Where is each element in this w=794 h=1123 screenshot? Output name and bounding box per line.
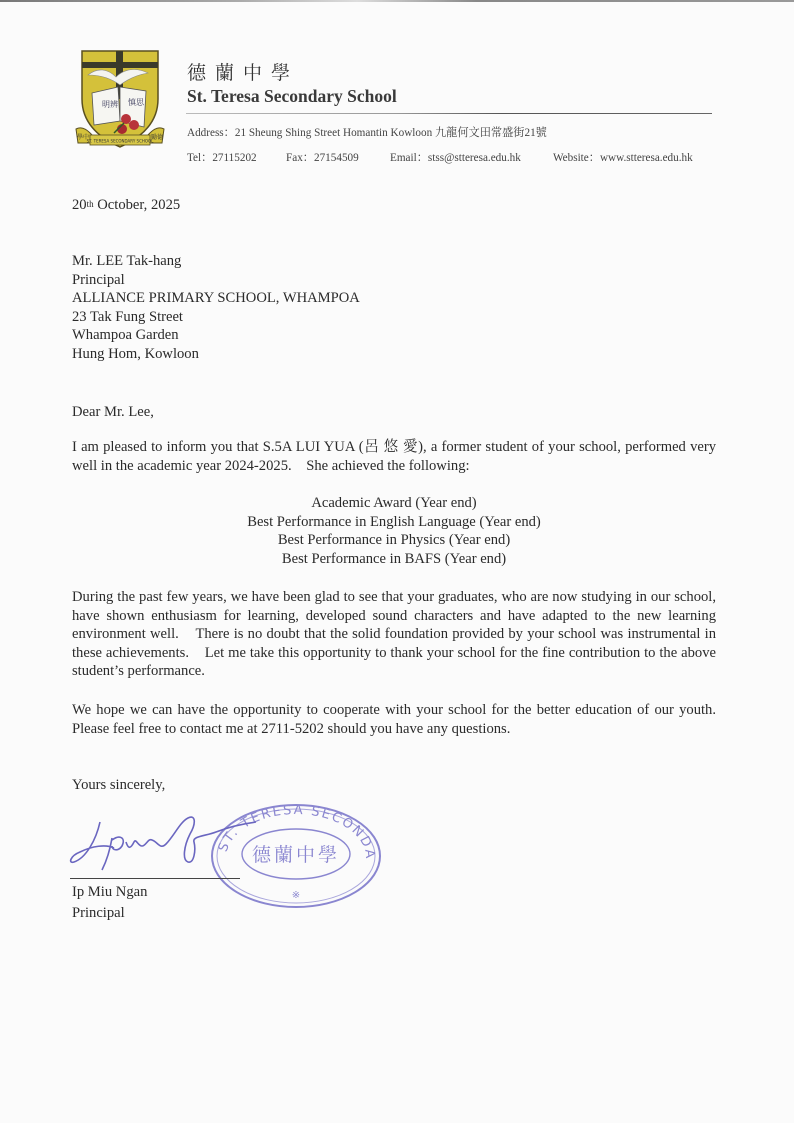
- scan-edge: [0, 0, 794, 2]
- school-crest-icon: 明辨 慎思 ST. TERESA SECONDARY SCHOOL 學中 勵德: [74, 47, 166, 155]
- recipient-district: Hung Hom, Kowloon: [72, 345, 360, 364]
- recipient-street: 23 Tak Fung Street: [72, 308, 360, 327]
- school-chinese-name: 德蘭中學: [187, 58, 299, 85]
- paragraph-contact: We hope we can have the opportunity to c…: [72, 701, 716, 738]
- signer-title: Principal: [72, 904, 125, 923]
- svg-text:ST. TERESA SECONDARY SCHOOL: ST. TERESA SECONDARY SCHOOL: [87, 139, 155, 144]
- svg-text:勵德: 勵德: [151, 133, 164, 141]
- date-suffix: th: [87, 199, 94, 209]
- letter-date: 20th October, 2025: [72, 196, 180, 215]
- recipient-name: Mr. LEE Tak-hang: [72, 252, 360, 271]
- recipient-area: Whampoa Garden: [72, 326, 360, 345]
- school-address: Address：21 Sheung Shing Street Homantin …: [187, 124, 547, 140]
- fax: Fax：27154509: [286, 149, 390, 165]
- date-month-year: October, 2025: [94, 197, 181, 213]
- recipient-school: ALLIANCE PRIMARY SCHOOL, WHAMPOA: [72, 289, 360, 308]
- signature-icon: [66, 810, 266, 875]
- salutation: Dear Mr. Lee,: [72, 403, 154, 422]
- award-item: Academic Award (Year end): [72, 494, 716, 513]
- svg-text:慎思: 慎思: [128, 97, 145, 107]
- award-item: Best Performance in Physics (Year end): [72, 531, 716, 550]
- recipient-address-block: Mr. LEE Tak-hang Principal ALLIANCE PRIM…: [72, 252, 360, 364]
- closing: Yours sincerely,: [72, 776, 165, 795]
- email: Email：stss@stteresa.edu.hk: [390, 149, 553, 165]
- signer-name: Ip Miu Ngan: [72, 883, 147, 902]
- signature-line: [70, 878, 240, 879]
- award-item: Best Performance in BAFS (Year end): [72, 550, 716, 569]
- svg-text:明辨: 明辨: [102, 99, 118, 109]
- header-divider: [186, 113, 712, 114]
- awards-list: Academic Award (Year end) Best Performan…: [72, 494, 716, 568]
- paragraph-appreciation: During the past few years, we have been …: [72, 588, 716, 681]
- school-name: St. Teresa Secondary School: [187, 86, 397, 107]
- svg-text:※: ※: [292, 890, 300, 901]
- date-day: 20: [72, 197, 87, 213]
- award-item: Best Performance in English Language (Ye…: [72, 513, 716, 532]
- recipient-title: Principal: [72, 271, 360, 290]
- contact-info: Tel：27115202 Fax：27154509 Email：stss@stt…: [187, 149, 693, 165]
- telephone: Tel：27115202: [187, 149, 286, 165]
- paragraph-intro: I am pleased to inform you that S.5A LUI…: [72, 438, 716, 475]
- svg-text:學中: 學中: [77, 133, 89, 141]
- website: Website：www.stteresa.edu.hk: [553, 149, 693, 165]
